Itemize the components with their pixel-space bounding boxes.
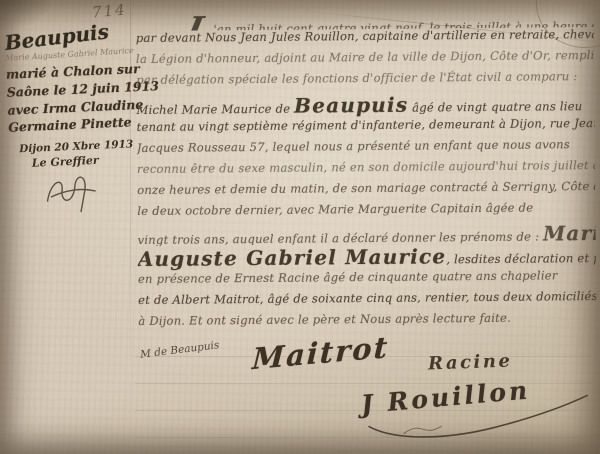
scanned-register-page: 714 Beaupuis Marie Auguste Gabriel Mauri…: [0, 0, 600, 454]
act-line: Michel Marie Maurice de Beaupuis âgé de …: [136, 90, 594, 120]
act-body: L'an mil huit cent quatre vingt neuf, le…: [136, 6, 597, 335]
act-line-text: , lesdites déclaration et présentation f…: [446, 250, 596, 266]
drop-capital: L: [184, 9, 214, 31]
child-name-flourish: Auguste Gabriel Maurice: [138, 244, 447, 271]
greffier-signature-scribble: [36, 167, 104, 216]
father-name-flourish: Beaupuis: [294, 93, 408, 118]
act-line: Auguste Gabriel Maurice, lesdites déclar…: [138, 242, 596, 272]
act-line-text: âgé de vingt quatre ans lieu: [408, 99, 582, 115]
signature-racine: Racine: [428, 351, 513, 375]
act-line-text: Michel Marie Maurice de: [136, 102, 294, 117]
greffier-label: Le Greffier: [10, 152, 134, 170]
margin-annotation: Beaupuis Marie Auguste Gabriel Maurice m…: [4, 21, 136, 216]
